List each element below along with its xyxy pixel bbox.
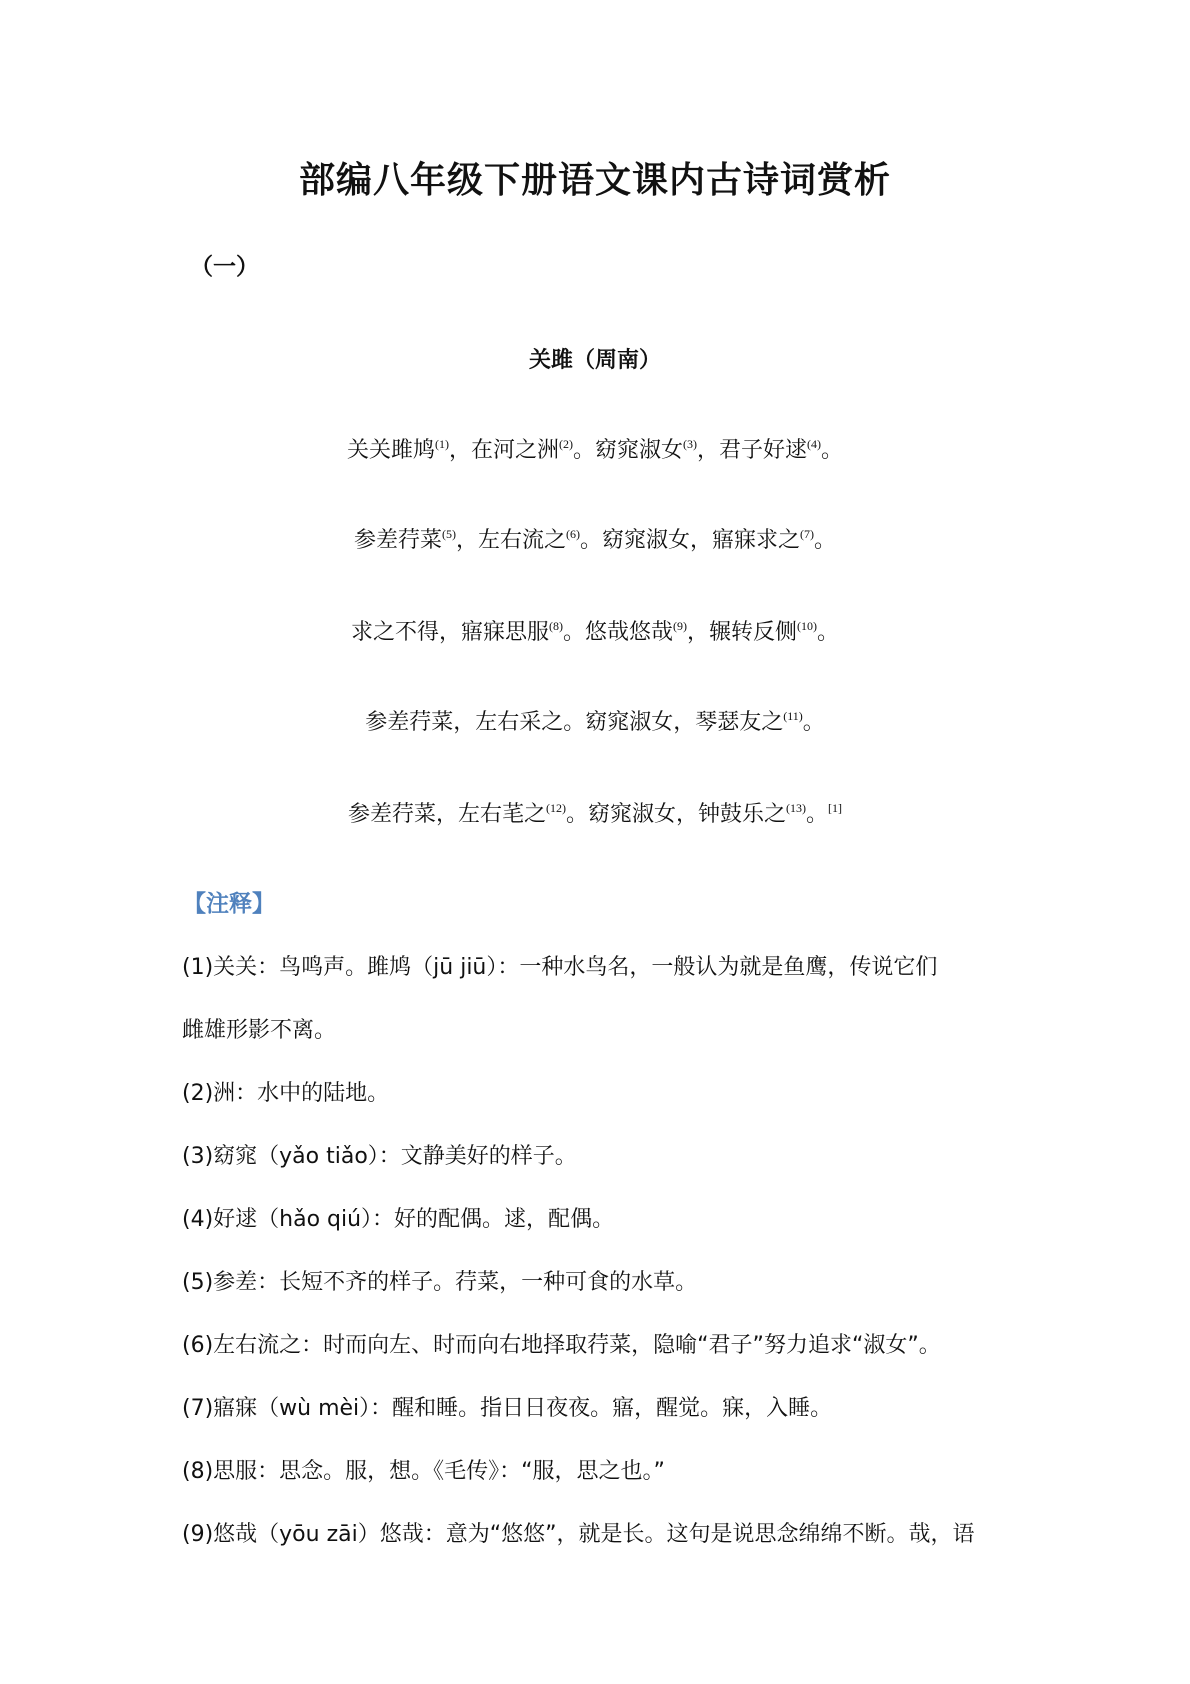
footnote-marker: (3) xyxy=(683,437,697,451)
note-line: (6)左右流之：时而向左、时而向右地择取荇菜，隐喻“君子”努力追求“淑女”。 xyxy=(182,1328,941,1359)
note-line: (7)寤寐（wù mèi）：醒和睡。指日日夜夜。寤，醒觉。寐，入睡。 xyxy=(182,1391,832,1422)
poem-text: 。 xyxy=(803,710,825,735)
poem-text: 。窈窕淑女 xyxy=(573,438,683,463)
poem-text: ，左右流之 xyxy=(456,528,566,553)
poem-text: 。 xyxy=(806,802,828,827)
poem-line: 求之不得，寤寐思服(8)。悠哉悠哉(9)，辗转反侧(10)。 xyxy=(0,615,1190,646)
poem-text: 。 xyxy=(821,438,843,463)
footnote-marker: (1) xyxy=(435,437,449,451)
poem-text: 求之不得，寤寐思服 xyxy=(351,620,549,645)
note-line: 雌雄形影不离。 xyxy=(182,1013,336,1044)
footnote-marker: (7) xyxy=(800,527,814,541)
note-line: (8)思服：思念。服，想。《毛传》：“服，思之也。” xyxy=(182,1454,665,1485)
footnote-marker: (13) xyxy=(786,801,806,815)
note-line: (5)参差：长短不齐的样子。荇菜，一种可食的水草。 xyxy=(182,1265,697,1296)
footnote-marker: (2) xyxy=(559,437,573,451)
poem-title: 关雎（周南） xyxy=(0,343,1190,374)
poem-line: 参差荇菜，左右芼之(12)。窈窕淑女，钟鼓乐之(13)。[1] xyxy=(0,797,1190,828)
poem-text: ，在河之洲 xyxy=(449,438,559,463)
footnote-marker: (10) xyxy=(797,619,817,633)
poem-line: 参差荇菜，左右采之。窈窕淑女，琴瑟友之(11)。 xyxy=(0,705,1190,736)
note-line: (9)悠哉（yōu zāi）悠哉：意为“悠悠”，就是长。这句是说思念绵绵不断。哉… xyxy=(182,1517,975,1548)
poem-text: 参差荇菜，左右芼之 xyxy=(348,802,546,827)
poem-text: 关关雎鸠 xyxy=(347,438,435,463)
note-line: (2)洲：水中的陆地。 xyxy=(182,1076,389,1107)
poem-text: ，君子好逑 xyxy=(697,438,807,463)
footnote-marker: (8) xyxy=(549,619,563,633)
poem-line: 参差荇菜(5)，左右流之(6)。窈窕淑女，寤寐求之(7)。 xyxy=(0,523,1190,554)
notes-heading: 【注释】 xyxy=(183,885,275,918)
poem-line: 关关雎鸠(1)，在河之洲(2)。窈窕淑女(3)，君子好逑(4)。 xyxy=(0,433,1190,464)
poem-text: 。窈窕淑女，寤寐求之 xyxy=(580,528,800,553)
footnote-marker: (6) xyxy=(566,527,580,541)
poem-text: 参差荇菜 xyxy=(354,528,442,553)
poem-text: ，辗转反侧 xyxy=(687,620,797,645)
note-line: (4)好逑（hǎo qiú）：好的配偶。逑，配偶。 xyxy=(182,1202,614,1233)
footnote-marker: (11) xyxy=(783,709,803,723)
poem-text: 。窈窕淑女，钟鼓乐之 xyxy=(566,802,786,827)
poem-text: 。悠哉悠哉 xyxy=(563,620,673,645)
note-line: (1)关关：鸟鸣声。雎鸠（jū jiū）：一种水鸟名，一般认为就是鱼鹰，传说它们 xyxy=(182,950,937,981)
footnote-marker: (12) xyxy=(546,801,566,815)
footnote-marker: (5) xyxy=(442,527,456,541)
section-label: （一） xyxy=(190,248,259,281)
footnote-marker: (9) xyxy=(673,619,687,633)
footnote-marker: [1] xyxy=(828,801,842,815)
poem-text: 参差荇菜，左右采之。窈窕淑女，琴瑟友之 xyxy=(365,710,783,735)
footnote-marker: (4) xyxy=(807,437,821,451)
document-page: 部编八年级下册语文课内古诗词赏析 （一） 关雎（周南） 关关雎鸠(1)，在河之洲… xyxy=(0,0,1190,1684)
poem-text: 。 xyxy=(817,620,839,645)
note-line: (3)窈窕（yǎo tiǎo）：文静美好的样子。 xyxy=(182,1139,577,1170)
document-title: 部编八年级下册语文课内古诗词赏析 xyxy=(0,152,1190,203)
poem-text: 。 xyxy=(814,528,836,553)
